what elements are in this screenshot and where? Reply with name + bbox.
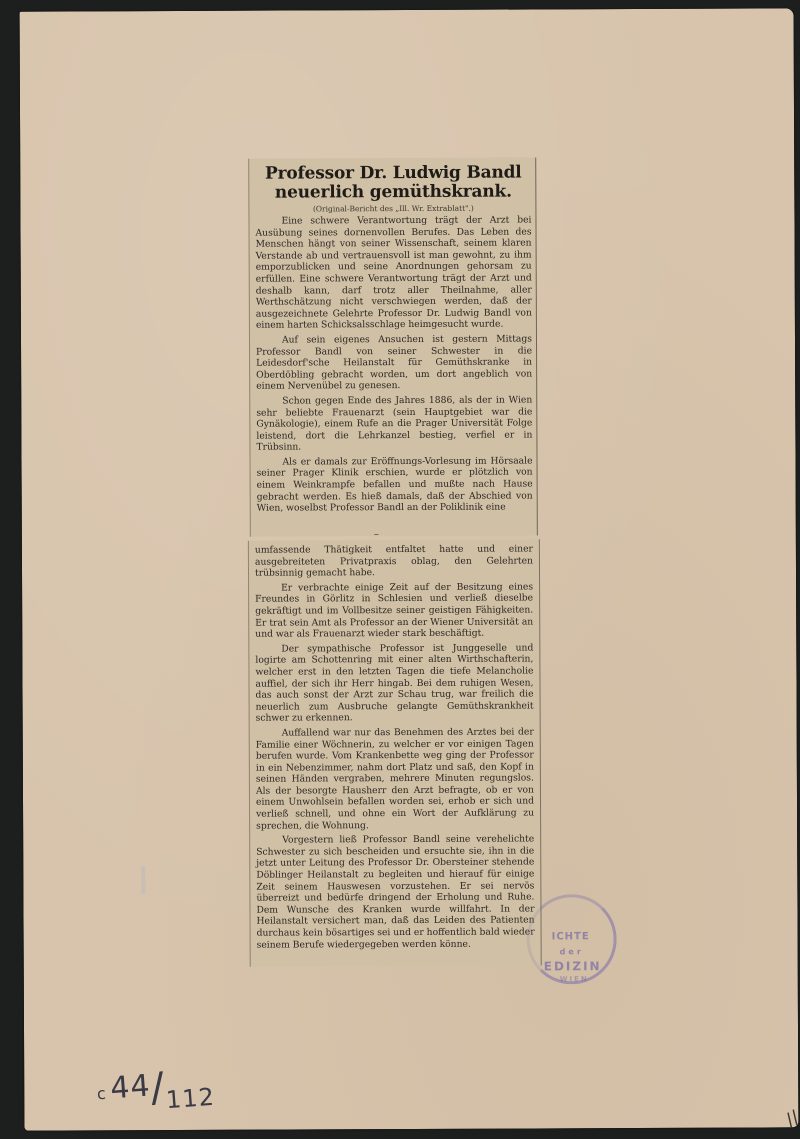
stamp-line-3: der (560, 947, 584, 956)
paragraph: Auffallend war nur das Benehmen des Arzt… (256, 726, 534, 832)
handwritten-catalog-number: c44/112 (95, 1055, 215, 1110)
catalog-number: 44 (109, 1068, 152, 1106)
catalog-suffix: 112 (165, 1083, 216, 1115)
handwritten-corner-mark: // (782, 1107, 800, 1131)
library-stamp: ICHTE der EDIZIN WIEN (526, 894, 616, 984)
paragraph: Der sympathische Professor ist Junggesel… (255, 642, 533, 724)
paragraph: Auf sein eigenes Ansuchen ist gestern Mi… (256, 333, 532, 392)
catalog-prefix: c (96, 1084, 107, 1104)
paragraph: Eine schwere Verantwortung trägt der Arz… (255, 214, 532, 331)
newspaper-clipping-lower: umfassende Thätigkeit entfaltet hatte un… (248, 539, 542, 966)
faint-mark (141, 866, 145, 894)
newspaper-clipping-upper: Professor Dr. Ludwig Bandl neuerlich gem… (248, 157, 538, 536)
paragraph: Er verbrachte einige Zeit auf der Besitz… (255, 581, 533, 640)
column-separator-dash: – (374, 529, 379, 540)
stamp-line-5: WIEN (560, 975, 589, 983)
paragraph: Als er damals zur Eröffnungs-Vorlesung i… (257, 455, 533, 514)
catalog-slash: / (149, 1064, 167, 1111)
paragraph: umfassende Thätigkeit entfaltet hatte un… (255, 543, 533, 579)
paragraph: Vorgestern ließ Professor Bandl seine ve… (256, 834, 535, 951)
paragraph: Schon gegen Ende des Jahres 1886, als de… (256, 394, 532, 453)
article-byline: (Original-Bericht des „Ill. Wr. Extrabla… (255, 203, 531, 213)
stamp-line-4: EDIZIN (544, 959, 602, 973)
stamp-line-2: ICHTE (552, 931, 590, 942)
article-headline: Professor Dr. Ludwig Bandl neuerlich gem… (255, 163, 531, 202)
archival-sheet: Professor Dr. Ludwig Bandl neuerlich gem… (20, 8, 799, 1130)
